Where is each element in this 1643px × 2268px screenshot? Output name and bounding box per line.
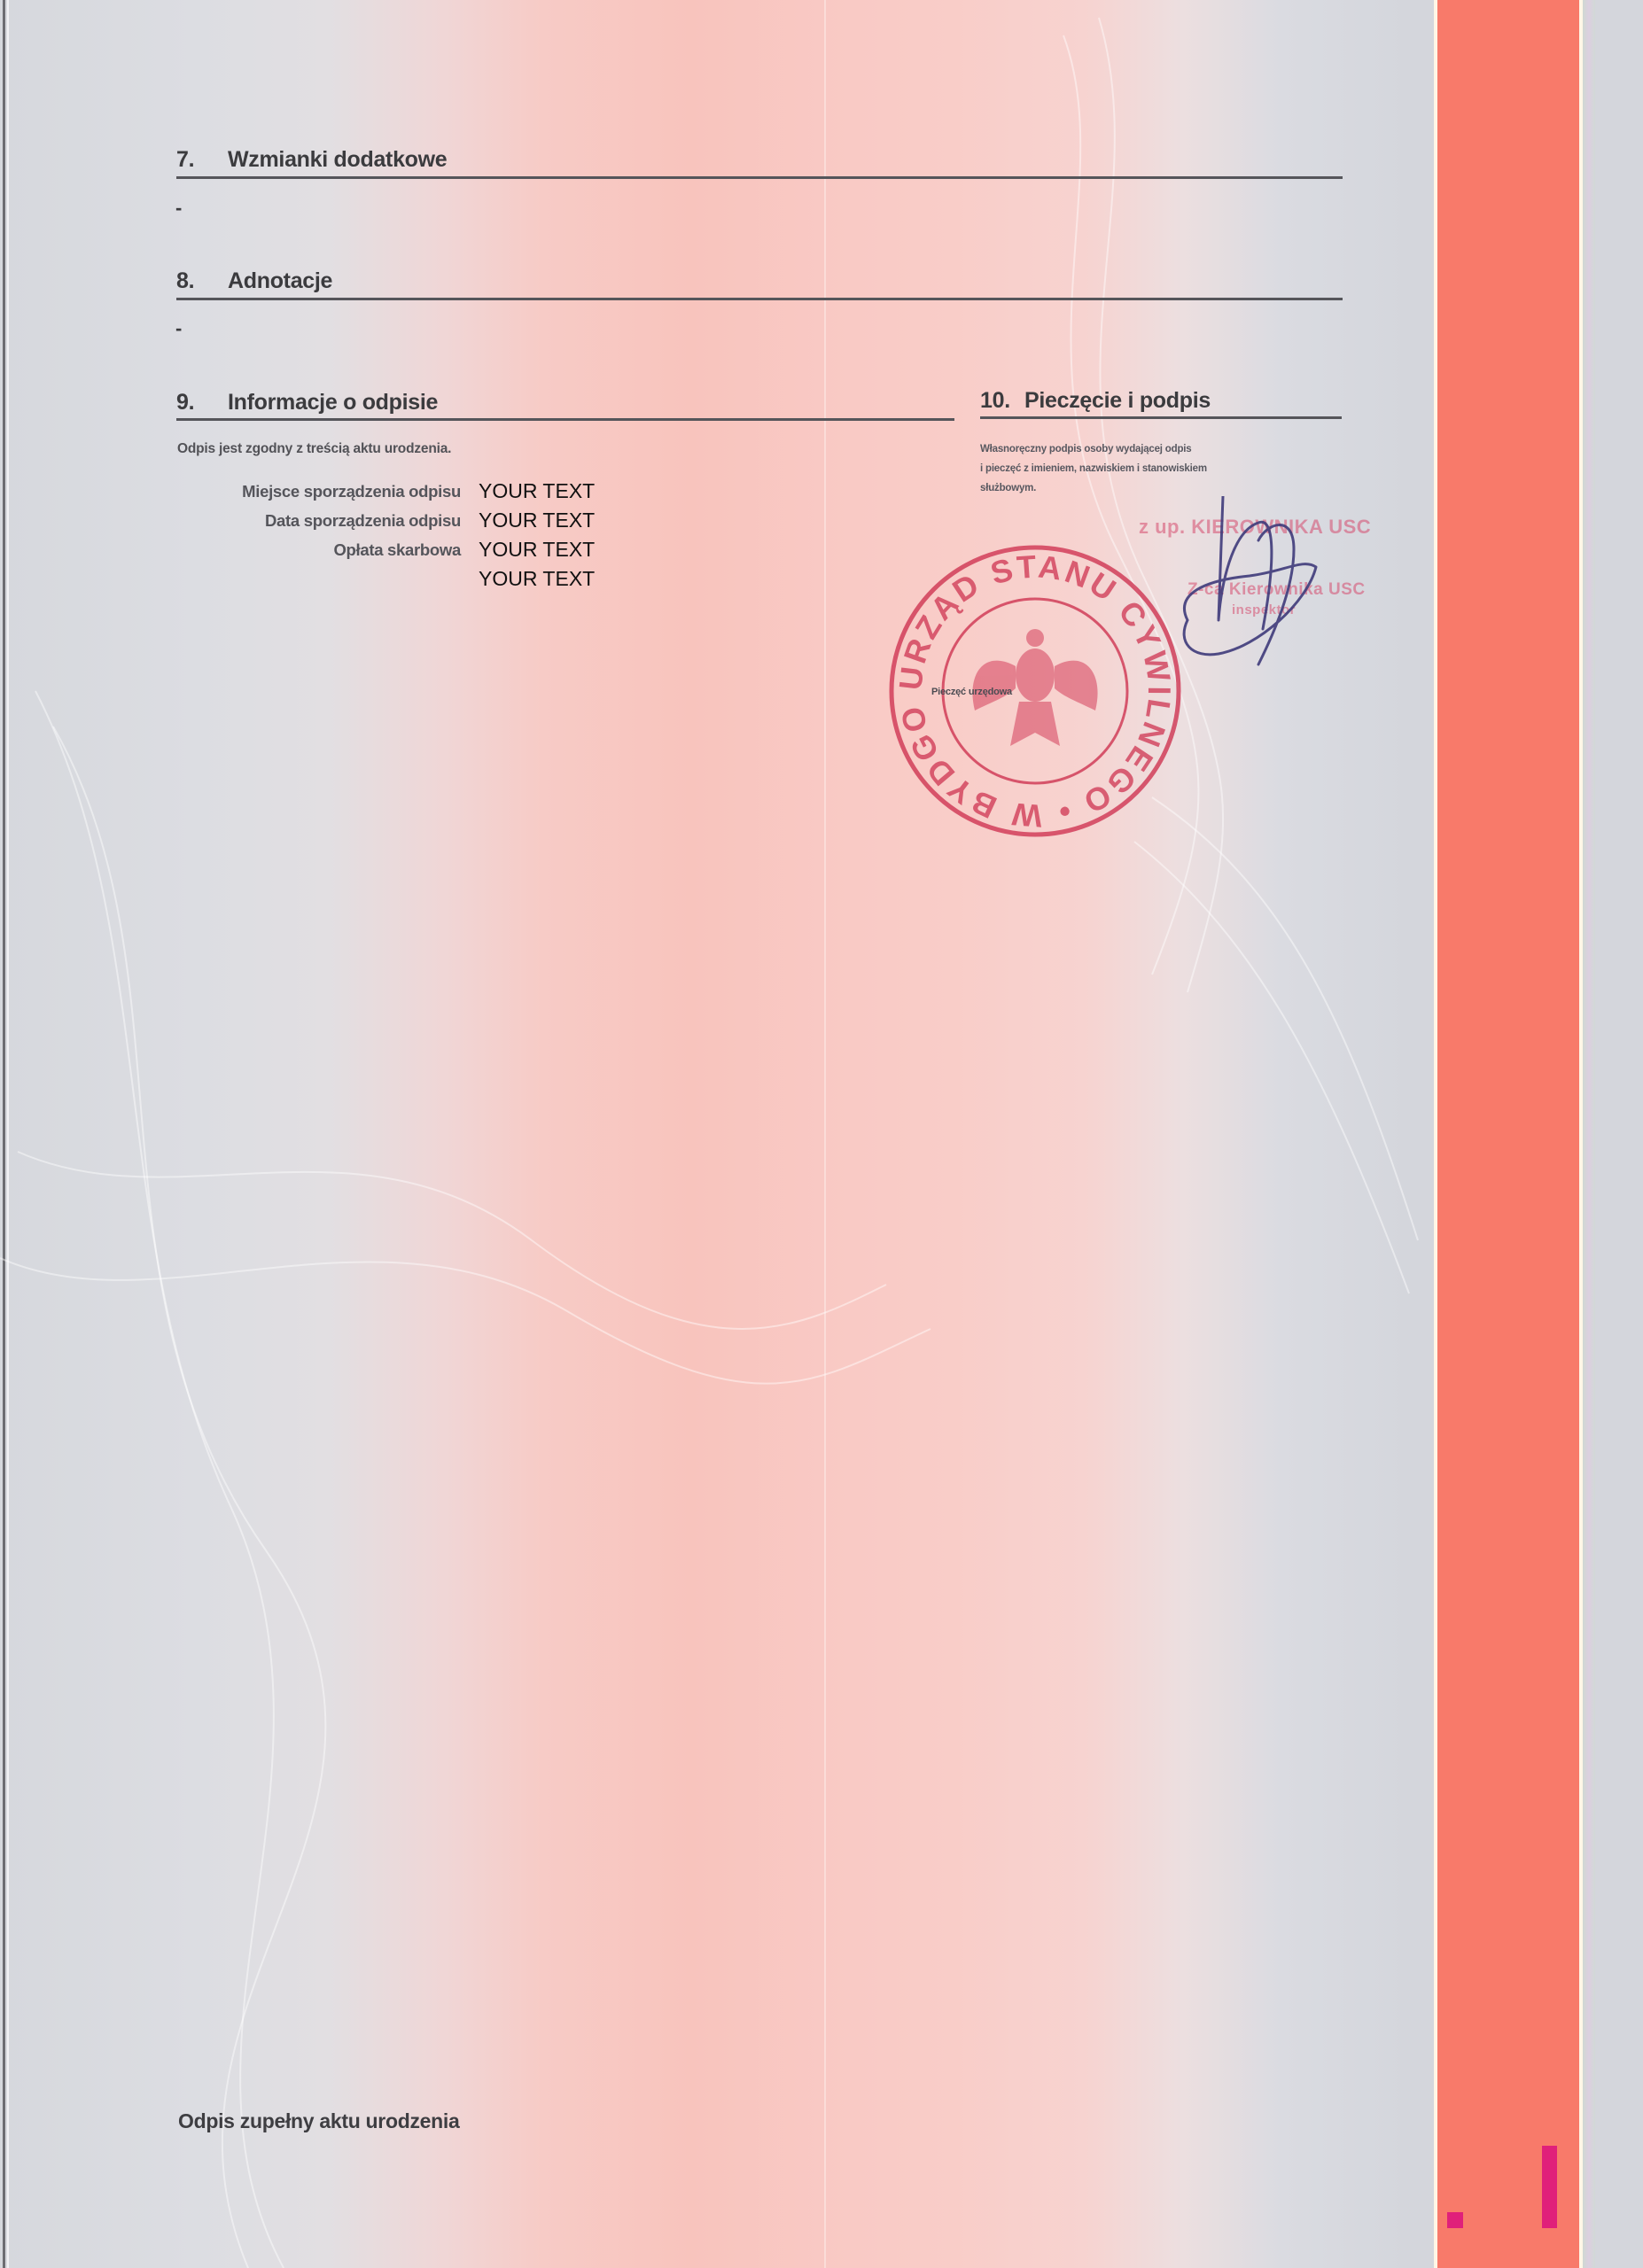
instruction-line: służbowym. [980,478,1207,498]
signature-instructions: Własnoręczny podpis osoby wydającej odpi… [980,439,1207,498]
section-8-rule [176,298,1343,300]
security-guilloche-pattern [0,0,1643,2268]
section-9-rule [176,418,954,421]
field-label-place: Miejsce sporządzenia odpisu [168,482,461,501]
section-7-heading: 7.Wzmianki dodatkowe [176,147,447,173]
section-number: 8. [176,268,228,294]
field-value-date: YOUR TEXT [479,509,595,532]
section-8-content: - [175,317,182,340]
section-title: Informacje o odpisie [228,390,438,415]
section-number: 7. [176,147,228,173]
section-7-rule [176,176,1343,179]
field-value-fee: YOUR TEXT [479,538,595,562]
page-edge-line [3,0,5,2268]
copy-conformity-statement: Odpis jest zgodny z treścią aktu urodzen… [177,441,451,457]
field-value-place: YOUR TEXT [479,479,595,503]
instruction-line: i pieczęć z imieniem, nazwiskiem i stano… [980,459,1207,478]
section-8-heading: 8.Adnotacje [176,268,332,294]
section-title: Wzmianki dodatkowe [228,147,447,172]
section-10-heading: 10.Pieczęcie i podpis [980,388,1211,414]
section-title: Pieczęcie i podpis [1024,388,1211,413]
page-edge-highlight [7,0,9,2268]
field-label-date: Data sporządzenia odpisu [168,511,461,531]
registration-mark-bar [1542,2146,1557,2228]
paper-fold-line [824,0,826,2268]
security-band [1437,0,1579,2268]
field-value-extra: YOUR TEXT [479,567,595,591]
section-title: Adnotacje [228,268,332,293]
section-number: 10. [980,388,1024,414]
instruction-line: Własnoręczny podpis osoby wydającej odpi… [980,439,1207,459]
section-10-rule [980,416,1342,419]
handwritten-signature [1170,496,1329,673]
document-page: 7.Wzmianki dodatkowe - 8.Adnotacje - 9.I… [0,0,1643,2268]
document-footer-title: Odpis zupełny aktu urodzenia [178,2109,459,2133]
seal-center-label: Pieczęć urzędowa [931,682,1012,702]
section-7-content: - [175,197,182,220]
section-9-heading: 9.Informacje o odpisie [176,390,438,416]
security-stripe [1583,0,1595,2268]
field-label-fee: Opłata skarbowa [168,540,461,560]
section-number: 9. [176,390,228,416]
registration-mark-dot [1447,2212,1463,2228]
